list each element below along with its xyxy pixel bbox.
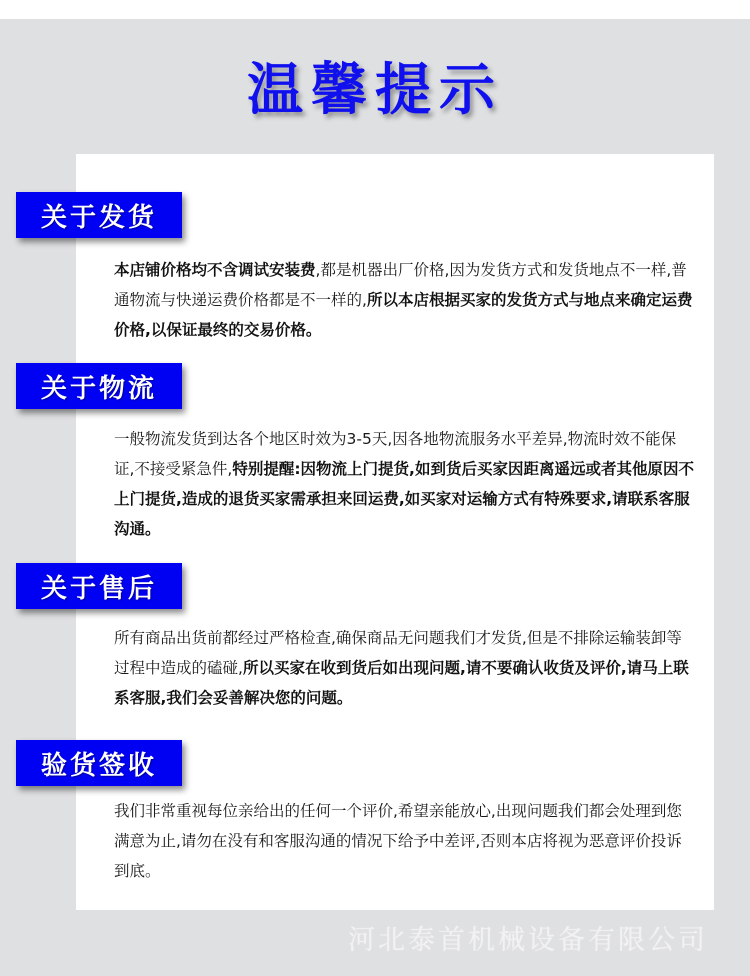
section-text-after-sales: 所有商品出货前都经过严格检查,确保商品无问题我们才发货,但是不排除运输装卸等过程… (114, 623, 694, 713)
company-name-footer: 河北泰首机械设备有限公司 (348, 918, 728, 957)
top-strip (0, 0, 750, 19)
text-run: 我们非常重视每位亲给出的任何一个评价,希望亲能放心,出现问题我们都会处理到您满意… (114, 802, 682, 880)
section-text-shipping: 本店铺价格均不含调试安装费,都是机器出厂价格,因为发货方式和发货地点不一样,普通… (114, 255, 694, 345)
page-title: 温馨提示 (0, 56, 750, 126)
text-run: 本店铺价格均不含调试安装费 (114, 261, 316, 279)
section-text-logistics: 一般物流发货到达各个地区时效为3-5天,因各地物流服务水平差异,物流时效不能保证… (114, 424, 694, 544)
section-text-inspection: 我们非常重视每位亲给出的任何一个评价,希望亲能放心,出现问题我们都会处理到您满意… (114, 796, 694, 886)
section-label-inspection: 验货签收 (16, 740, 182, 786)
section-label-after-sales: 关于售后 (16, 563, 182, 609)
section-label-shipping: 关于发货 (16, 192, 182, 238)
section-label-logistics: 关于物流 (16, 363, 182, 409)
